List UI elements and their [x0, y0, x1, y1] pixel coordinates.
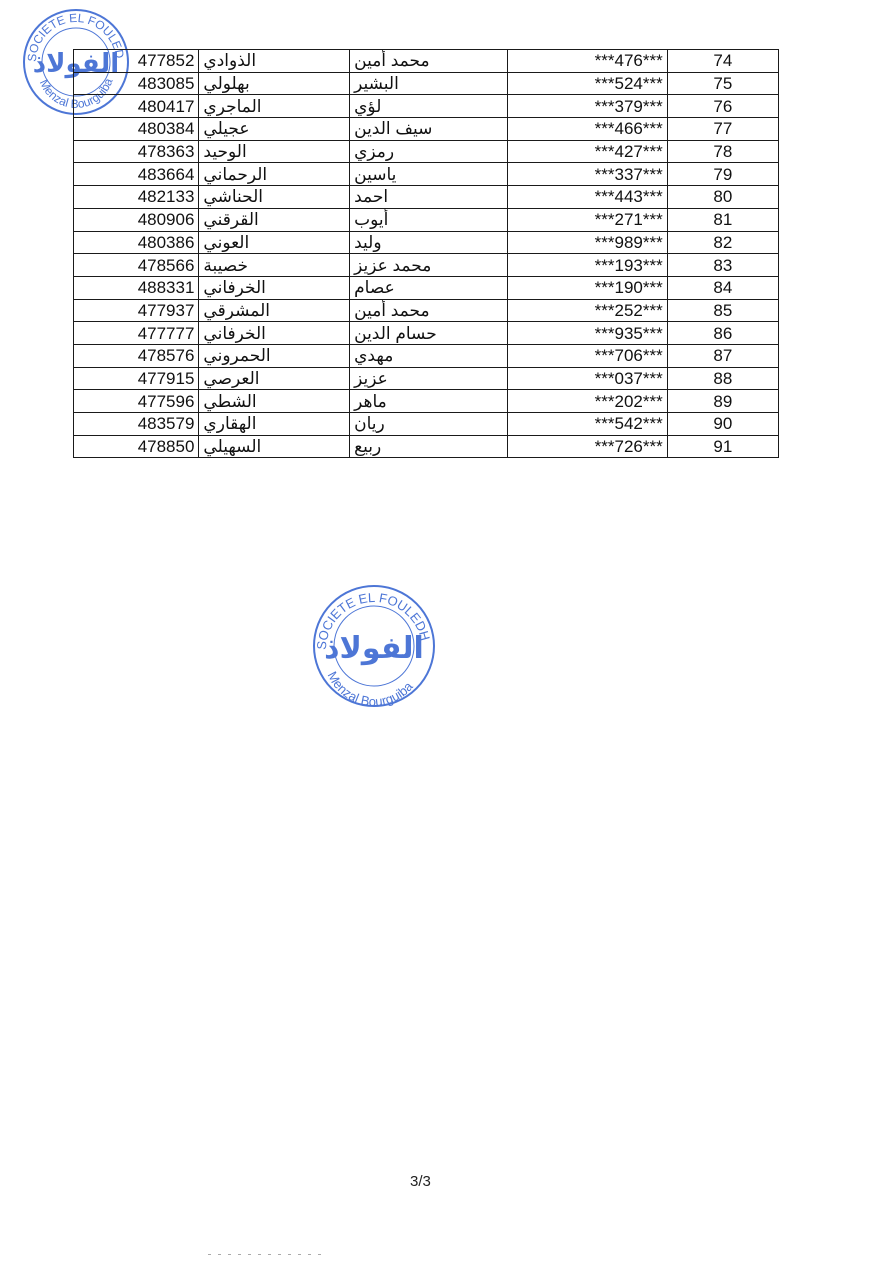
matricule-cell: 478566 — [74, 254, 199, 277]
matricule-cell: 477937 — [74, 299, 199, 322]
first-name-cell: ريان — [350, 413, 508, 436]
table-row: 488331الخرفانيعصام***190***84 — [74, 276, 779, 299]
matricule-cell: 477596 — [74, 390, 199, 413]
cin-cell: ***193*** — [507, 254, 667, 277]
last-name-cell: السهيلي — [199, 435, 350, 458]
table-row: 483579الهقاريريان***542***90 — [74, 413, 779, 436]
first-name-cell: حسام الدين — [350, 322, 508, 345]
row-number-cell: 80 — [667, 186, 778, 209]
last-name-cell: الوحيد — [199, 140, 350, 163]
table-row: 480386العونيوليد***989***82 — [74, 231, 779, 254]
table-row: 477852الذواديمحمد أمين***476***74 — [74, 50, 779, 73]
last-name-cell: المشرقي — [199, 299, 350, 322]
last-name-cell: العوني — [199, 231, 350, 254]
matricule-cell: 477852 — [74, 50, 199, 73]
row-number-cell: 86 — [667, 322, 778, 345]
first-name-cell: مهدي — [350, 344, 508, 367]
row-number-cell: 84 — [667, 276, 778, 299]
cin-cell: ***037*** — [507, 367, 667, 390]
last-name-cell: الهقاري — [199, 413, 350, 436]
first-name-cell: البشير — [350, 72, 508, 95]
row-number-cell: 91 — [667, 435, 778, 458]
cin-cell: ***190*** — [507, 276, 667, 299]
matricule-cell: 480906 — [74, 208, 199, 231]
first-name-cell: عزيز — [350, 367, 508, 390]
cin-cell: ***271*** — [507, 208, 667, 231]
last-name-cell: القرقني — [199, 208, 350, 231]
first-name-cell: وليد — [350, 231, 508, 254]
matricule-cell: 480384 — [74, 118, 199, 141]
row-number-cell: 89 — [667, 390, 778, 413]
row-number-cell: 83 — [667, 254, 778, 277]
matricule-cell: 477777 — [74, 322, 199, 345]
row-number-cell: 77 — [667, 118, 778, 141]
cin-cell: ***706*** — [507, 344, 667, 367]
matricule-cell: 477915 — [74, 367, 199, 390]
table-row: 477937المشرقيمحمد أمين***252***85 — [74, 299, 779, 322]
table-row: 478566خصيبةمحمد عزيز***193***83 — [74, 254, 779, 277]
matricule-cell: 478576 — [74, 344, 199, 367]
matricule-cell: 478850 — [74, 435, 199, 458]
row-number-cell: 82 — [667, 231, 778, 254]
table-row: 480417الماجريلؤي***379***76 — [74, 95, 779, 118]
row-number-cell: 76 — [667, 95, 778, 118]
table-row: 480906القرقنيأيوب***271***81 — [74, 208, 779, 231]
last-name-cell: الخرفاني — [199, 322, 350, 345]
row-number-cell: 85 — [667, 299, 778, 322]
table-row: 483664الرحمانيياسين***337***79 — [74, 163, 779, 186]
employee-table: 477852الذواديمحمد أمين***476***74483085ب… — [73, 49, 779, 458]
row-number-cell: 81 — [667, 208, 778, 231]
last-name-cell: عجيلي — [199, 118, 350, 141]
first-name-cell: ياسين — [350, 163, 508, 186]
first-name-cell: محمد أمين — [350, 50, 508, 73]
row-number-cell: 78 — [667, 140, 778, 163]
cin-cell: ***542*** — [507, 413, 667, 436]
first-name-cell: عصام — [350, 276, 508, 299]
cin-cell: ***476*** — [507, 50, 667, 73]
svg-text:الفولاذ: الفولاذ — [324, 631, 424, 666]
cin-cell: ***252*** — [507, 299, 667, 322]
last-name-cell: الذوادي — [199, 50, 350, 73]
cin-cell: ***524*** — [507, 72, 667, 95]
cin-cell: ***337*** — [507, 163, 667, 186]
cin-cell: ***989*** — [507, 231, 667, 254]
table-row: 483085بهلوليالبشير***524***75 — [74, 72, 779, 95]
first-name-cell: رمزي — [350, 140, 508, 163]
cin-cell: ***427*** — [507, 140, 667, 163]
matricule-cell: 478363 — [74, 140, 199, 163]
row-number-cell: 87 — [667, 344, 778, 367]
cin-cell: ***379*** — [507, 95, 667, 118]
last-name-cell: الخرفاني — [199, 276, 350, 299]
last-name-cell: الحناشي — [199, 186, 350, 209]
row-number-cell: 74 — [667, 50, 778, 73]
first-name-cell: محمد أمين — [350, 299, 508, 322]
first-name-cell: ربيع — [350, 435, 508, 458]
first-name-cell: أيوب — [350, 208, 508, 231]
last-name-cell: الماجري — [199, 95, 350, 118]
table-row: 480384عجيليسيف الدين***466***77 — [74, 118, 779, 141]
last-name-cell: العرصي — [199, 367, 350, 390]
matricule-cell: 483085 — [74, 72, 199, 95]
table-row: 478576الحمرونيمهدي***706***87 — [74, 344, 779, 367]
table-row: 478363الوحيدرمزي***427***78 — [74, 140, 779, 163]
matricule-cell: 483664 — [74, 163, 199, 186]
table-row: 477596الشطيماهر***202***89 — [74, 390, 779, 413]
matricule-cell: 482133 — [74, 186, 199, 209]
table-row: 477777الخرفانيحسام الدين***935***86 — [74, 322, 779, 345]
cin-cell: ***935*** — [507, 322, 667, 345]
row-number-cell: 79 — [667, 163, 778, 186]
last-name-cell: الشطي — [199, 390, 350, 413]
matricule-cell: 483579 — [74, 413, 199, 436]
row-number-cell: 90 — [667, 413, 778, 436]
matricule-cell: 488331 — [74, 276, 199, 299]
matricule-cell: 480417 — [74, 95, 199, 118]
row-number-cell: 88 — [667, 367, 778, 390]
scan-artifact — [208, 1254, 328, 1255]
cin-cell: ***466*** — [507, 118, 667, 141]
page-number: 3/3 — [410, 1173, 431, 1190]
last-name-cell: بهلولي — [199, 72, 350, 95]
cin-cell: ***202*** — [507, 390, 667, 413]
last-name-cell: خصيبة — [199, 254, 350, 277]
row-number-cell: 75 — [667, 72, 778, 95]
table-row: 477915العرصيعزيز***037***88 — [74, 367, 779, 390]
first-name-cell: احمد — [350, 186, 508, 209]
cin-cell: ***443*** — [507, 186, 667, 209]
table-row: 478850السهيليربيع***726***91 — [74, 435, 779, 458]
cin-cell: ***726*** — [507, 435, 667, 458]
first-name-cell: لؤي — [350, 95, 508, 118]
last-name-cell: الرحماني — [199, 163, 350, 186]
last-name-cell: الحمروني — [199, 344, 350, 367]
first-name-cell: ماهر — [350, 390, 508, 413]
company-stamp-center: SOCIETE EL FOULEDH Menzal Bourguiba الفو… — [310, 584, 440, 708]
matricule-cell: 480386 — [74, 231, 199, 254]
first-name-cell: محمد عزيز — [350, 254, 508, 277]
table-row: 482133الحناشياحمد***443***80 — [74, 186, 779, 209]
first-name-cell: سيف الدين — [350, 118, 508, 141]
